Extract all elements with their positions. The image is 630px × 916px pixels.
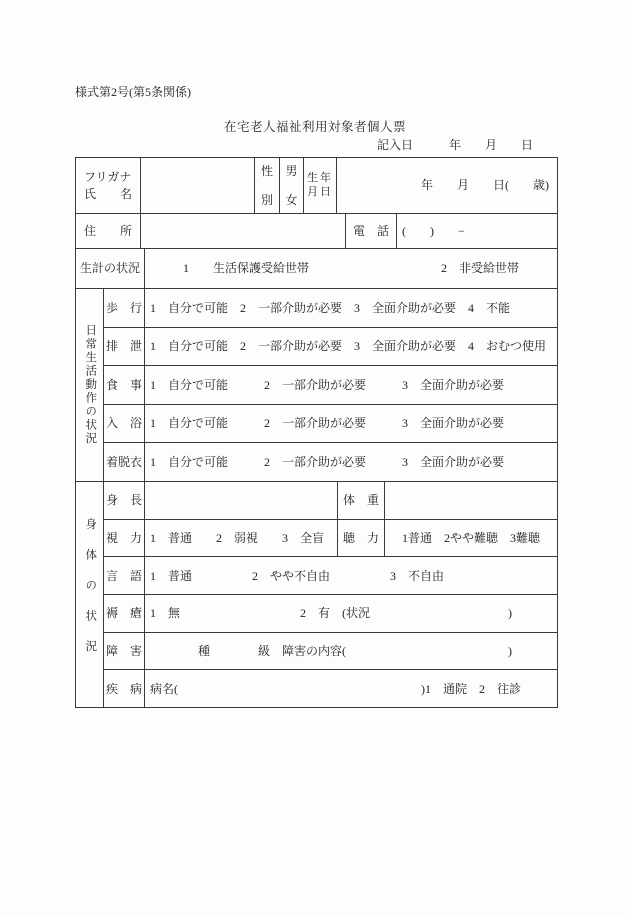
height-field [144,482,337,519]
address-label: 住 所 [76,214,140,248]
personal-info-table: フリガナ 氏 名 性 別 男 女 生年 月日 年 月 日( 歳) [75,157,558,708]
birth-date-template: 年 月 日( 歳) [421,177,549,193]
adl-row-options: 1 自分で可能 2 一部介助が必要 3 全面介助が必要 4 おむつ使用 [144,328,557,366]
adl-row-label: 歩 行 [104,289,144,327]
sex-label-top: 性 [261,163,273,179]
adl-row-label: 入 浴 [104,405,144,443]
name-row: フリガナ 氏 名 性 別 男 女 生年 月日 年 月 日( 歳) [76,158,557,213]
phone-template: ( ) − [402,223,465,239]
furigana-name-label: フリガナ 氏 名 [76,158,140,213]
birth-label-top: 生年 [307,172,333,185]
sex-label: 性 別 [254,158,279,213]
adl-row-label: 食 事 [104,366,144,404]
adl-row-options: 1 自分で可能 2 一部介助が必要 3 全面介助が必要 [144,443,557,481]
vision-options: 1 普通 2 弱視 3 全盲 [144,520,337,557]
bedsore-label: 褥 瘡 [104,595,144,632]
disease-visit-options: )1 通院 2 往診 [421,681,521,697]
form-number: 様式第2号(第5条関係) [75,84,191,100]
adl-row-options: 1 自分で可能 2 一部介助が必要 3 全面介助が必要 [144,366,557,404]
disease-label: 疾 病 [104,670,144,707]
furigana-label: フリガナ [84,169,131,185]
body-row-disease: 疾 病 病名( )1 通院 2 往診 [104,669,557,707]
sex-label-bottom: 別 [261,192,273,208]
phone-label: 電 話 [345,214,396,248]
adl-row-eating: 食 事 1 自分で可能 2 一部介助が必要 3 全面介助が必要 [104,365,557,404]
adl-row-options: 1 自分で可能 2 一部介助が必要 3 全面介助が必要 4 不能 [144,289,557,327]
body-row-disability: 障 害 種 級 障害の内容( ) [104,632,557,670]
fill-date-line: 記入日 年 月 日 [377,137,533,153]
birth-label-bottom: 月日 [307,186,333,199]
hearing-options: 1普通 2やや難聴 3難聴 [384,520,557,557]
disability-close-paren: ) [508,643,512,659]
adl-rows: 歩 行 1 自分で可能 2 一部介助が必要 3 全面介助が必要 4 不能 排 泄… [104,289,557,481]
form-title: 在宅老人福祉利用対象者個人票 [0,119,630,136]
sex-options: 男 女 [279,158,303,213]
speech-label: 言 語 [104,557,144,594]
body-row-vision-hearing: 視 力 1 普通 2 弱視 3 全盲 聴 力 1普通 2やや難聴 3難聴 [104,519,557,557]
body-rows: 身 長 体 重 視 力 1 普通 2 弱視 3 全盲 聴 力 1普通 2やや難聴… [104,482,557,707]
name-field [140,158,254,213]
disability-label: 障 害 [104,633,144,670]
adl-row-options: 1 自分で可能 2 一部介助が必要 3 全面介助が必要 [144,405,557,443]
bedsore-options: 1 無 2 有 (状況 ) [144,595,557,632]
body-row-speech: 言 語 1 普通 2 やや不自由 3 不自由 [104,556,557,594]
adl-row-bathing: 入 浴 1 自分で可能 2 一部介助が必要 3 全面介助が必要 [104,404,557,443]
bedsore-close-paren: ) [508,605,512,621]
body-row-height-weight: 身 長 体 重 [104,482,557,519]
weight-label: 体 重 [337,482,384,519]
adl-row-walking: 歩 行 1 自分で可能 2 一部介助が必要 3 全面介助が必要 4 不能 [104,289,557,327]
livelihood-label: 生計の状況 [76,249,144,288]
sex-option-male: 男 [285,163,297,179]
height-label: 身 長 [104,482,144,519]
weight-field [384,482,557,519]
adl-row-label: 着脱衣 [104,443,144,481]
sex-option-female: 女 [285,192,297,208]
adl-row-dressing: 着脱衣 1 自分で可能 2 一部介助が必要 3 全面介助が必要 [104,442,557,481]
phone-field: ( ) − [396,214,557,248]
vision-label: 視 力 [104,520,144,557]
adl-row-label: 排 泄 [104,328,144,366]
body-row-bedsore: 褥 瘡 1 無 2 有 (状況 ) [104,594,557,632]
livelihood-options: 1 生活保護受給世帯 2 非受給世帯 [144,249,557,288]
hearing-label: 聴 力 [337,520,384,557]
disability-options: 種 級 障害の内容( ) [144,633,557,670]
address-field [140,214,345,248]
name-label: 氏 名 [84,186,132,202]
address-row: 住 所 電 話 ( ) − [76,213,557,248]
birth-date-field: 年 月 日( 歳) [336,158,557,213]
body-section: 身体の状況 身 長 体 重 視 力 1 普通 2 弱視 3 全盲 聴 力 1普通… [76,481,557,707]
birth-date-label: 生年 月日 [303,158,336,213]
speech-options: 1 普通 2 やや不自由 3 不自由 [144,557,557,594]
body-section-label: 身体の状況 [76,482,104,707]
livelihood-row: 生計の状況 1 生活保護受給世帯 2 非受給世帯 [76,248,557,288]
adl-row-excretion: 排 泄 1 自分で可能 2 一部介助が必要 3 全面介助が必要 4 おむつ使用 [104,327,557,366]
adl-section: 日常生活動作の状況 歩 行 1 自分で可能 2 一部介助が必要 3 全面介助が必… [76,288,557,481]
disease-options: 病名( )1 通院 2 往診 [144,670,557,707]
adl-section-label: 日常生活動作の状況 [76,289,104,481]
form-sheet: 様式第2号(第5条関係) 在宅老人福祉利用対象者個人票 記入日 年 月 日 フリ… [0,0,630,916]
